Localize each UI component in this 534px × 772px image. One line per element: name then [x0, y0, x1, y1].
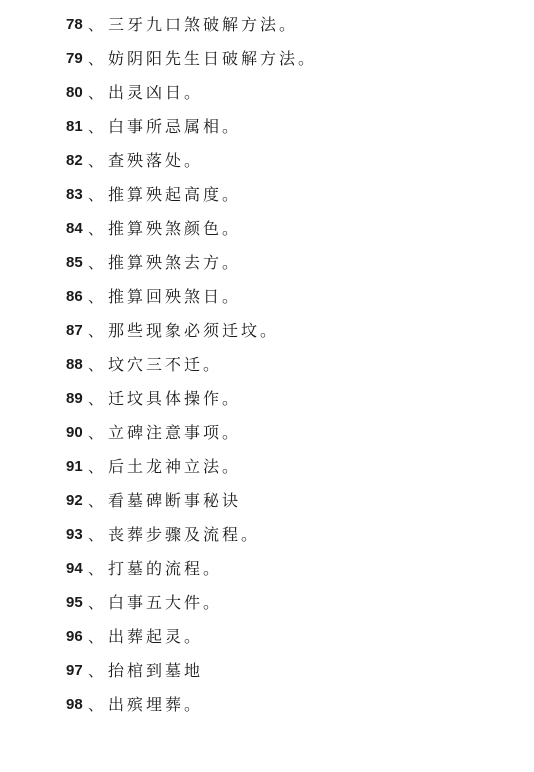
item-number: 95	[66, 586, 88, 620]
item-separator: 、	[88, 348, 108, 382]
item-text: 白事所忌属相。	[108, 110, 241, 144]
item-number: 97	[66, 654, 88, 688]
item-text: 查殃落处。	[108, 144, 203, 178]
item-text: 三牙九口煞破解方法。	[108, 8, 298, 42]
list-item: 87、那些现象必须迁坟。	[66, 314, 317, 348]
item-text: 坟穴三不迁。	[108, 348, 222, 382]
item-text: 推算殃起高度。	[108, 178, 241, 212]
item-text: 出葬起灵。	[108, 620, 203, 654]
item-number: 90	[66, 416, 88, 450]
document-page: 78、三牙九口煞破解方法。 79、妨阴阳先生日破解方法。 80、出灵凶日。 81…	[0, 0, 534, 772]
item-number: 88	[66, 348, 88, 382]
item-separator: 、	[88, 280, 108, 314]
item-separator: 、	[88, 688, 108, 722]
item-separator: 、	[88, 144, 108, 178]
item-separator: 、	[88, 416, 108, 450]
item-text: 推算殃煞颜色。	[108, 212, 241, 246]
item-text: 推算回殃煞日。	[108, 280, 241, 314]
item-number: 96	[66, 620, 88, 654]
item-text: 丧葬步骤及流程。	[108, 518, 260, 552]
list-item: 84、推算殃煞颜色。	[66, 212, 317, 246]
item-number: 78	[66, 8, 88, 42]
list-item: 80、出灵凶日。	[66, 76, 317, 110]
list-item: 82、查殃落处。	[66, 144, 317, 178]
list-item: 93、丧葬步骤及流程。	[66, 518, 317, 552]
list-item: 97、抬棺到墓地	[66, 654, 317, 688]
item-number: 83	[66, 178, 88, 212]
item-separator: 、	[88, 484, 108, 518]
list-item: 92、看墓碑断事秘诀	[66, 484, 317, 518]
item-separator: 、	[88, 518, 108, 552]
list-item: 83、推算殃起高度。	[66, 178, 317, 212]
item-separator: 、	[88, 654, 108, 688]
item-text: 白事五大件。	[108, 586, 222, 620]
item-separator: 、	[88, 8, 108, 42]
item-separator: 、	[88, 110, 108, 144]
list-item: 89、迁坟具体操作。	[66, 382, 317, 416]
item-number: 91	[66, 450, 88, 484]
item-number: 92	[66, 484, 88, 518]
item-number: 81	[66, 110, 88, 144]
item-separator: 、	[88, 382, 108, 416]
item-separator: 、	[88, 314, 108, 348]
list-item: 79、妨阴阳先生日破解方法。	[66, 42, 317, 76]
item-number: 80	[66, 76, 88, 110]
item-number: 82	[66, 144, 88, 178]
list-item: 98、出殡埋葬。	[66, 688, 317, 722]
item-number: 98	[66, 688, 88, 722]
list-item: 85、推算殃煞去方。	[66, 246, 317, 280]
list-item: 88、坟穴三不迁。	[66, 348, 317, 382]
list-item: 95、白事五大件。	[66, 586, 317, 620]
item-text: 推算殃煞去方。	[108, 246, 241, 280]
item-number: 89	[66, 382, 88, 416]
item-separator: 、	[88, 450, 108, 484]
numbered-list: 78、三牙九口煞破解方法。 79、妨阴阳先生日破解方法。 80、出灵凶日。 81…	[66, 8, 317, 722]
item-text: 妨阴阳先生日破解方法。	[108, 42, 317, 76]
item-text: 后土龙神立法。	[108, 450, 241, 484]
item-separator: 、	[88, 246, 108, 280]
list-item: 96、出葬起灵。	[66, 620, 317, 654]
item-number: 87	[66, 314, 88, 348]
item-text: 抬棺到墓地	[108, 654, 203, 688]
item-number: 93	[66, 518, 88, 552]
item-separator: 、	[88, 178, 108, 212]
list-item: 86、推算回殃煞日。	[66, 280, 317, 314]
list-item: 91、后土龙神立法。	[66, 450, 317, 484]
item-text: 那些现象必须迁坟。	[108, 314, 279, 348]
item-number: 84	[66, 212, 88, 246]
item-text: 出灵凶日。	[108, 76, 203, 110]
item-separator: 、	[88, 586, 108, 620]
list-item: 90、立碑注意事项。	[66, 416, 317, 450]
item-text: 迁坟具体操作。	[108, 382, 241, 416]
item-text: 出殡埋葬。	[108, 688, 203, 722]
item-separator: 、	[88, 76, 108, 110]
item-separator: 、	[88, 552, 108, 586]
list-item: 94、打墓的流程。	[66, 552, 317, 586]
item-separator: 、	[88, 212, 108, 246]
list-item: 78、三牙九口煞破解方法。	[66, 8, 317, 42]
item-number: 85	[66, 246, 88, 280]
item-number: 86	[66, 280, 88, 314]
item-separator: 、	[88, 620, 108, 654]
item-text: 打墓的流程。	[108, 552, 222, 586]
item-number: 94	[66, 552, 88, 586]
item-text: 看墓碑断事秘诀	[108, 484, 241, 518]
list-item: 81、白事所忌属相。	[66, 110, 317, 144]
item-separator: 、	[88, 42, 108, 76]
item-text: 立碑注意事项。	[108, 416, 241, 450]
item-number: 79	[66, 42, 88, 76]
